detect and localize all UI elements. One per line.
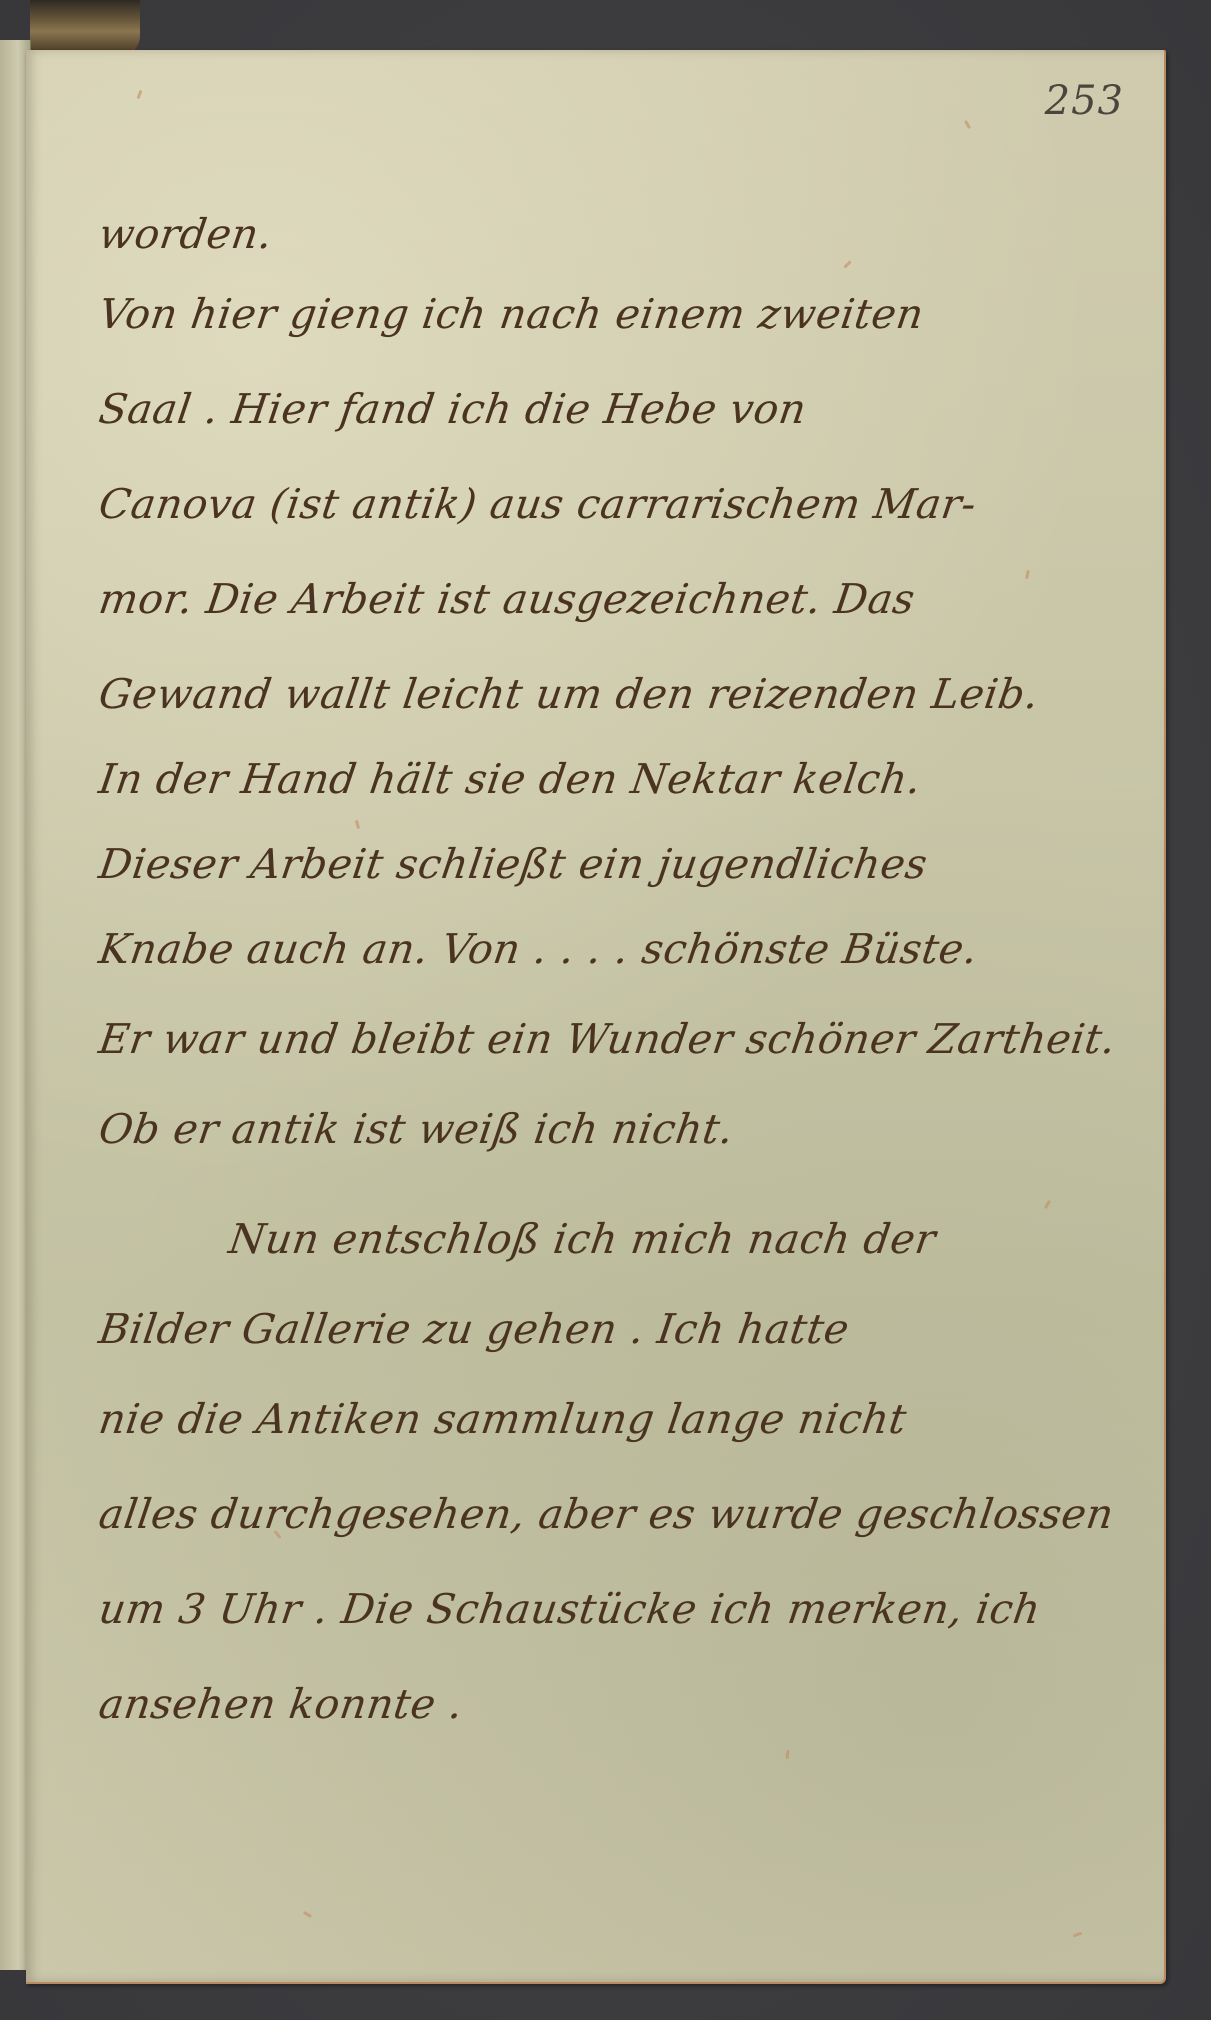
page-number: 253 [1045,78,1124,124]
paper-fleck [303,1911,312,1918]
manuscript-scan: 253 worden. Von hier gieng ich nach eine… [0,0,1211,2020]
paper-fleck [1073,1932,1082,1938]
paper-fleck [1025,570,1030,579]
manuscript-line-8: Dieser Arbeit schließt ein jugendliches [96,840,931,888]
manuscript-line-15: alles durchgesehen, aber es wurde geschl… [96,1490,1117,1538]
manuscript-page: 253 worden. Von hier gieng ich nach eine… [26,50,1166,1984]
paper-fleck [137,90,143,99]
manuscript-line-4: Canova (ist antik) aus carrarischem Mar- [96,480,979,528]
paper-fleck [786,1750,790,1759]
manuscript-line-1: worden. [96,210,276,258]
manuscript-line-16: um 3 Uhr . Die Schaustücke ich merken, i… [96,1585,1044,1633]
manuscript-line-17: ansehen konnte . [96,1680,466,1728]
paper-fleck [964,120,971,129]
manuscript-line-2: Von hier gieng ich nach einem zweiten [96,290,927,338]
manuscript-line-12: Nun entschloß ich mich nach der [226,1215,939,1263]
manuscript-line-11: Ob er antik ist weiß ich nicht. [96,1105,737,1153]
manuscript-line-10: Er war und bleibt ein Wunder schöner Zar… [96,1015,1119,1063]
manuscript-line-9: Knabe auch an. Von . . . . schönste Büst… [96,925,981,973]
manuscript-line-5: mor. Die Arbeit ist ausgezeichnet. Das [96,575,918,623]
manuscript-line-14: nie die Antiken sammlung lange nicht [96,1395,910,1443]
manuscript-line-7: In der Hand hält sie den Nektar kelch. [96,755,924,803]
paper-fleck [843,260,851,268]
paper-fleck [1044,1200,1051,1209]
paper-fleck [355,820,360,829]
manuscript-line-3: Saal . Hier fand ich die Hebe von [96,385,809,433]
book-binding-edge [30,0,140,55]
manuscript-line-13: Bilder Gallerie zu gehen . Ich hatte [96,1305,852,1353]
manuscript-line-6: Gewand wallt leicht um den reizenden Lei… [96,670,1042,718]
